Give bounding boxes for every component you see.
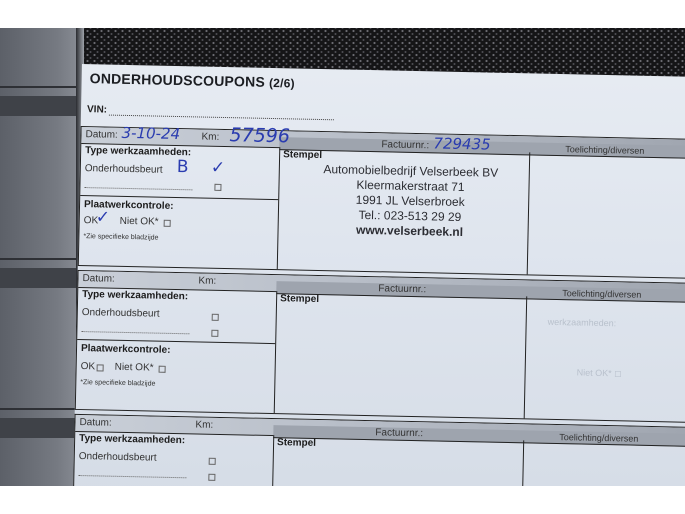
type-werkzaamheden-label: Type werkzaamheden: [85, 145, 191, 158]
datum-label: Datum: [82, 273, 114, 285]
page-title: ONDERHOUDSCOUPONS (2/6) [90, 70, 295, 90]
extra-work-checkbox[interactable] [208, 474, 215, 481]
stempel-label: Stempel [280, 293, 319, 305]
km-label: Km: [195, 419, 213, 430]
title-text: ONDERHOUDSCOUPONS [90, 70, 266, 90]
factuurnr-label: Factuurnr.: [378, 283, 426, 295]
extra-work-checkbox[interactable] [211, 330, 218, 337]
page-indicator: (2/6) [269, 76, 295, 91]
niet-ok-checkbox[interactable] [159, 366, 166, 373]
onderhoudsbeurt-label: Onderhoudsbeurt [82, 307, 160, 320]
extra-work-field[interactable] [81, 331, 189, 334]
left-page [0, 28, 82, 486]
show-through-text: werkzaamheden: [548, 317, 617, 328]
toelichting-label: Toelichting/diversen [565, 144, 644, 156]
column-divider [524, 296, 528, 418]
onderhoudsbeurt-label: Onderhoudsbeurt [85, 163, 163, 176]
left-page-header-band [0, 418, 76, 438]
vin-label: VIN: [87, 104, 107, 115]
ok-label: OK [81, 361, 96, 372]
footnote: *Zie specifieke bladzijde [80, 379, 155, 388]
factuurnr-label: Factuurnr.: [375, 427, 423, 439]
show-through-text: Niet OK* ◻ [577, 367, 622, 379]
km-value[interactable]: 57596 [229, 124, 290, 147]
stamp-website: www.velserbeek.nl [304, 222, 514, 241]
stempel-label: Stempel [277, 437, 316, 449]
booklet-photo: ONDERHOUDSCOUPONS (2/6) VIN: Datum: 3-10… [0, 28, 685, 486]
onderhoudsbeurt-label: Onderhoudsbeurt [79, 451, 157, 464]
onderhoudsbeurt-checkmark-icon[interactable]: ✓ [211, 158, 226, 178]
footnote: *Zie specifieke bladzijde [83, 233, 158, 242]
left-page-header-band [0, 268, 76, 288]
type-werkzaamheden-label: Type werkzaamheden: [82, 289, 188, 302]
toelichting-label: Toelichting/diversen [559, 432, 638, 444]
factuurnr-label: Factuurnr.: [381, 139, 429, 151]
onderhoudsbeurt-checkbox[interactable] [209, 458, 216, 465]
onderhoudsbeurt-type[interactable]: B [177, 157, 189, 177]
column-divider [274, 291, 278, 413]
onderhoudsbeurt-checkbox[interactable] [212, 314, 219, 321]
factuurnr-value[interactable]: 729435 [433, 134, 491, 153]
extra-work-field[interactable] [84, 187, 192, 190]
type-werkzaamheden-label: Type werkzaamheden: [79, 433, 185, 446]
datum-value[interactable]: 3-10-24 [121, 124, 180, 143]
niet-ok-label: Niet OK* [115, 362, 154, 374]
niet-ok-label: Niet OK* [120, 216, 159, 228]
extra-work-checkbox[interactable] [214, 184, 221, 191]
coupon-page: ONDERHOUDSCOUPONS (2/6) VIN: Datum: 3-10… [73, 64, 685, 486]
km-label: Km: [198, 275, 216, 286]
dealer-stamp: Automobielbedrijf Velserbeek BV Kleermak… [304, 162, 516, 241]
vin-field[interactable] [109, 115, 334, 121]
niet-ok-checkbox[interactable] [164, 220, 171, 227]
coupon-3: Datum: Km: Factuurnr.: Toelichting/diver… [73, 414, 685, 486]
left-page-divider [0, 86, 76, 88]
datum-label: Datum: [79, 417, 111, 429]
column-divider [527, 152, 531, 274]
toelichting-label: Toelichting/diversen [562, 288, 641, 300]
column-divider [277, 147, 281, 269]
coupon-2: Datum: Km: Factuurnr.: Toelichting/diver… [75, 270, 685, 423]
column-divider [272, 435, 275, 486]
plaatwerkcontrole-label: Plaatwerkcontrole: [81, 343, 171, 356]
left-page-header-band [0, 96, 76, 116]
left-page-divider [0, 258, 76, 260]
datum-label: Datum: [85, 129, 117, 141]
coupon-1: Datum: 3-10-24 Km: 57596 Factuurnr.: 729… [78, 126, 685, 279]
ok-checkmark-icon[interactable]: ✓ [96, 207, 111, 227]
column-divider [522, 440, 525, 486]
left-page-divider [0, 408, 76, 410]
stempel-label: Stempel [283, 149, 322, 161]
extra-work-field[interactable] [78, 475, 186, 478]
km-label: Km: [201, 132, 219, 143]
ok-checkbox[interactable] [97, 364, 104, 371]
